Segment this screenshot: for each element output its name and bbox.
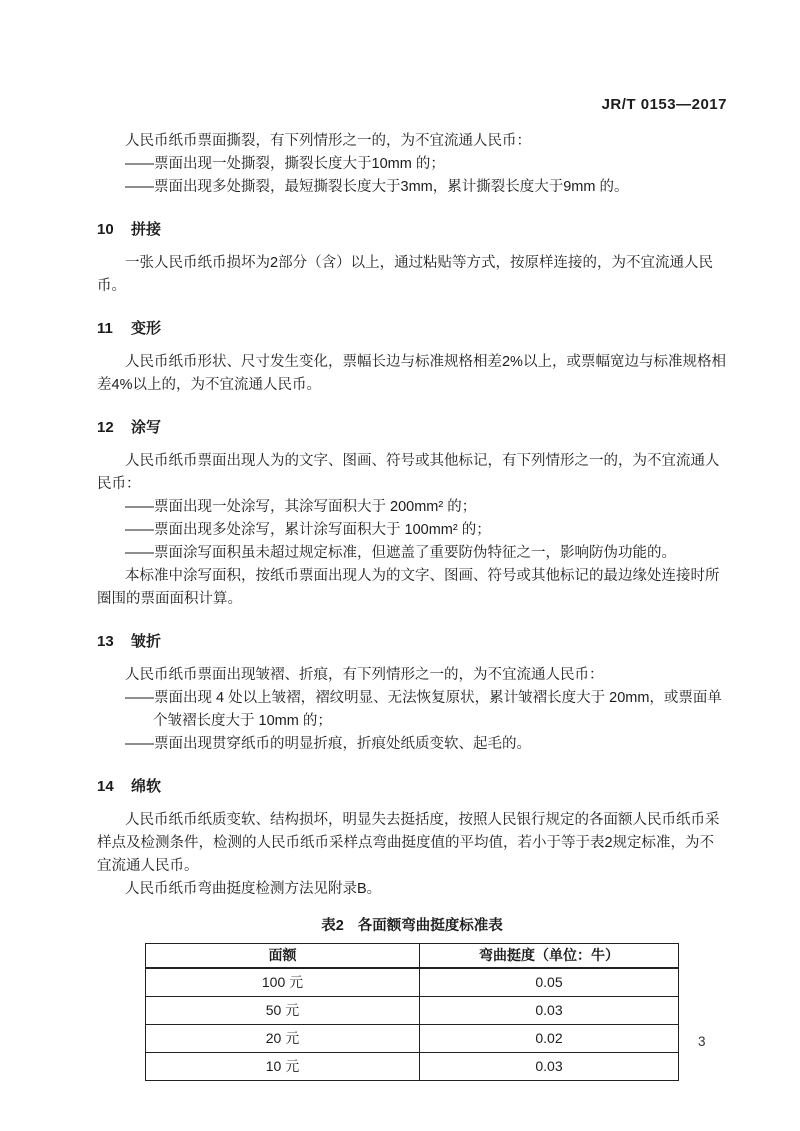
paragraph-splicing: 一张人民币纸币损坏为2部分（含）以上，通过粘贴等方式，按原样连接的，为不宜流通人… [97, 252, 727, 298]
cell-denomination: 100 元 [146, 968, 420, 997]
list-item-scribble-2: ——票面出现多处涂写，累计涂写面积大于 100mm² 的； [97, 519, 727, 542]
paragraph-deformation: 人民币纸币形状、尺寸发生变化，票幅长边与标准规格相差2%以上，或票幅宽边与标准规… [97, 351, 727, 397]
section-number: 10 [97, 220, 131, 240]
section-title: 皱折 [131, 633, 161, 650]
table-caption-title: 各面额弯曲挺度标准表 [358, 918, 503, 934]
section-number: 12 [97, 418, 131, 438]
list-item-tear-2: ——票面出现多处撕裂，最短撕裂长度大于3mm，累计撕裂长度大于9mm 的。 [97, 176, 727, 199]
table-header-denomination: 面额 [146, 944, 420, 969]
list-item-tear-1: ——票面出现一处撕裂，撕裂长度大于10mm 的； [97, 153, 727, 176]
list-item-wrinkle-1: ——票面出现 4 处以上皱褶，褶纹明显、无法恢复原状，累计皱褶长度大于 20mm… [97, 687, 727, 733]
section-title: 涂写 [131, 419, 161, 436]
table-header-row: 面额 弯曲挺度（单位：牛） [146, 944, 679, 969]
table-row: 50 元 0.03 [146, 997, 679, 1025]
section-number: 13 [97, 632, 131, 652]
paragraph-wrinkle-lead: 人民币纸币票面出现皱褶、折痕，有下列情形之一的，为不宜流通人民币： [97, 664, 727, 687]
table-caption-label: 表2 [321, 918, 344, 934]
cell-stiffness: 0.03 [420, 997, 679, 1025]
paragraph-tear-lead: 人民币纸币票面撕裂，有下列情形之一的，为不宜流通人民币： [97, 130, 727, 153]
section-heading-13: 13皱折 [97, 632, 727, 652]
section-number: 11 [97, 319, 131, 339]
table-row: 100 元 0.05 [146, 968, 679, 997]
section-heading-10: 10拼接 [97, 220, 727, 240]
list-item-wrinkle-2: ——票面出现贯穿纸币的明显折痕，折痕处纸质变软、起毛的。 [97, 733, 727, 756]
cell-stiffness: 0.03 [420, 1053, 679, 1081]
cell-denomination: 20 元 [146, 1025, 420, 1053]
table-row: 10 元 0.03 [146, 1053, 679, 1081]
section-title: 拼接 [131, 221, 161, 238]
cell-denomination: 10 元 [146, 1053, 420, 1081]
standard-number: JR/T 0153—2017 [97, 96, 727, 114]
section-number: 14 [97, 777, 131, 797]
stiffness-standard-table: 面额 弯曲挺度（单位：牛） 100 元 0.05 50 元 0.03 20 元 … [145, 943, 679, 1081]
section-title: 变形 [131, 320, 161, 337]
paragraph-scribble-lead: 人民币纸币票面出现人为的文字、图画、符号或其他标记，有下列情形之一的，为不宜流通… [97, 450, 727, 496]
page-content: JR/T 0153—2017 人民币纸币票面撕裂，有下列情形之一的，为不宜流通人… [97, 96, 727, 1081]
section-heading-12: 12涂写 [97, 418, 727, 438]
cell-stiffness: 0.02 [420, 1025, 679, 1053]
paragraph-limpness-2: 人民币纸币弯曲挺度检测方法见附录B。 [97, 878, 727, 901]
cell-denomination: 50 元 [146, 997, 420, 1025]
cell-stiffness: 0.05 [420, 968, 679, 997]
section-tear-continuation: 人民币纸币票面撕裂，有下列情形之一的，为不宜流通人民币： ——票面出现一处撕裂，… [97, 130, 727, 199]
section-heading-11: 11变形 [97, 319, 727, 339]
list-item-scribble-3: ——票面涂写面积虽未超过规定标准，但遮盖了重要防伪特征之一，影响防伪功能的。 [97, 542, 727, 565]
paragraph-limpness-1: 人民币纸币纸质变软、结构损坏，明显失去挺括度，按照人民银行规定的各面额人民币纸币… [97, 809, 727, 878]
document-page: JR/T 0153—2017 人民币纸币票面撕裂，有下列情形之一的，为不宜流通人… [0, 0, 800, 1131]
section-title: 绵软 [131, 778, 161, 795]
section-heading-14: 14绵软 [97, 777, 727, 797]
table-caption: 表2各面额弯曲挺度标准表 [97, 917, 727, 935]
page-number: 3 [698, 1034, 706, 1049]
table-row: 20 元 0.02 [146, 1025, 679, 1053]
list-item-scribble-1: ——票面出现一处涂写，其涂写面积大于 200mm² 的； [97, 496, 727, 519]
paragraph-scribble-note: 本标准中涂写面积，按纸币票面出现人为的文字、图画、符号或其他标记的最边缘处连接时… [97, 565, 727, 611]
table-header-stiffness: 弯曲挺度（单位：牛） [420, 944, 679, 969]
